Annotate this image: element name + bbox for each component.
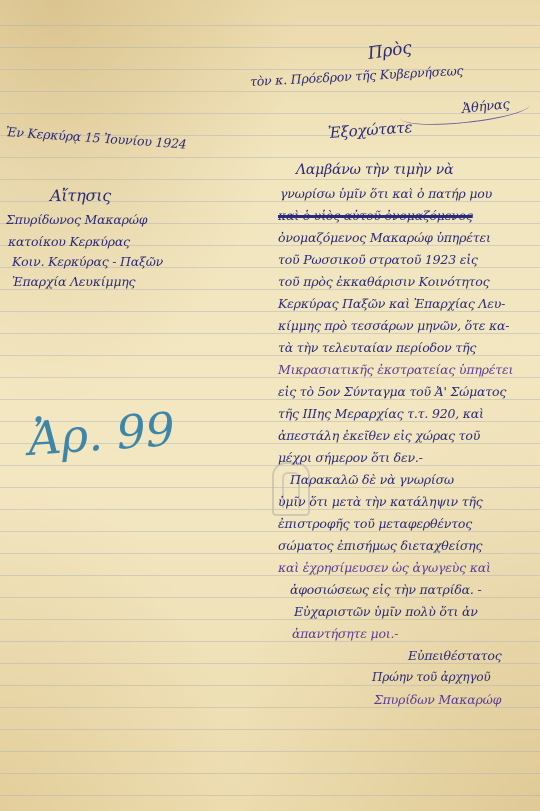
body-line-18: σώματος ἐπισήμως διεταχθείσης xyxy=(278,538,482,553)
body-line-19: καὶ ἐχρησίμευσεν ὡς ἀγωγεὺς καὶ xyxy=(278,560,491,575)
body-line-14: μέχρι σήμερον ὅτι δεν.- xyxy=(278,450,423,465)
sender-name: Σπυρίδωνος Μακαρώφ xyxy=(6,212,147,227)
body-line-15: Παρακαλῶ δὲ νὰ γνωρίσω xyxy=(290,472,454,487)
body-line-4: ὀνομαζόμενος Μακαρώφ ὑπηρέτει xyxy=(278,230,491,245)
body-line-3: καὶ ὁ υἱὸς αὐτοῦ ὀνομαζόμενος xyxy=(278,208,473,223)
signature: Σπυρίδων Μακαρώφ xyxy=(374,692,501,707)
closing-phrase: Εὐπειθέστατος xyxy=(408,648,502,663)
body-line-5: τοῦ Ρωσσικοῦ στρατοῦ 1923 εἰς xyxy=(278,252,478,267)
scanned-letter-page: Πρὸς τὸν κ. Πρόεδρον τῆς Κυβερνήσεως Ἀθή… xyxy=(0,0,540,811)
body-line-20: ἀφοσιώσεως εἰς τὴν πατρίδα. - xyxy=(290,582,481,597)
closing-title: Πρώην τοῦ ἀρχηγοῦ xyxy=(372,670,491,684)
body-line-21: Εὐχαριστῶν ὑμῖν πολὺ ὅτι ἀν xyxy=(294,604,478,619)
body-line-16: ὑμῖν ὅτι μετὰ τὴν κατάληψιν τῆς xyxy=(278,494,483,509)
body-line-13: ἀπεστάλη ἐκεῖθεν εἰς χώρας τοῦ xyxy=(278,428,480,443)
body-line-22: ἀπαντήσητε μοι.- xyxy=(292,626,398,641)
body-line-10: Μικρασιατικῆς ἐκστρατείας ὑπηρέτει xyxy=(278,362,513,377)
body-line-9: τὰ τὴν τελευταίαν περίοδον τῆς xyxy=(278,340,476,355)
body-line-7: Κερκύρας Παξῶν καὶ Ἐπαρχίας Λευ- xyxy=(278,296,505,311)
body-line-17: ἐπιστροφῆς τοῦ μεταφερθέντος xyxy=(278,516,472,531)
sender-residence: κατοίκου Κερκύρας xyxy=(8,234,130,249)
sender-petition-title: Αἴτησις xyxy=(50,186,111,205)
body-line-6: τοῦ πρὸς ἐκκαθάρισιν Κοινότητος xyxy=(278,274,489,289)
margin-reference-number: Ἀρ. 99 xyxy=(26,402,176,466)
body-line-11: εἰς τὸ 5ον Σύνταγμα τοῦ Ἀ' Σώματος xyxy=(278,384,506,399)
sender-community: Κοιν. Κερκύρας - Παξῶν xyxy=(12,254,163,269)
sender-province: Ἐπαρχία Λευκίμμης xyxy=(12,274,135,289)
body-line-1: Λαμβάνω τὴν τιμὴν νὰ xyxy=(296,162,453,178)
body-line-8: κίμμης πρὸ τεσσάρων μηνῶν, ὅτε κα- xyxy=(278,318,509,333)
body-line-12: τῆς ΙΙΙης Μεραρχίας τ.τ. 920, καὶ xyxy=(278,406,484,421)
body-line-2: γνωρίσω ὑμῖν ὅτι καὶ ὁ πατήρ μου xyxy=(280,186,492,201)
